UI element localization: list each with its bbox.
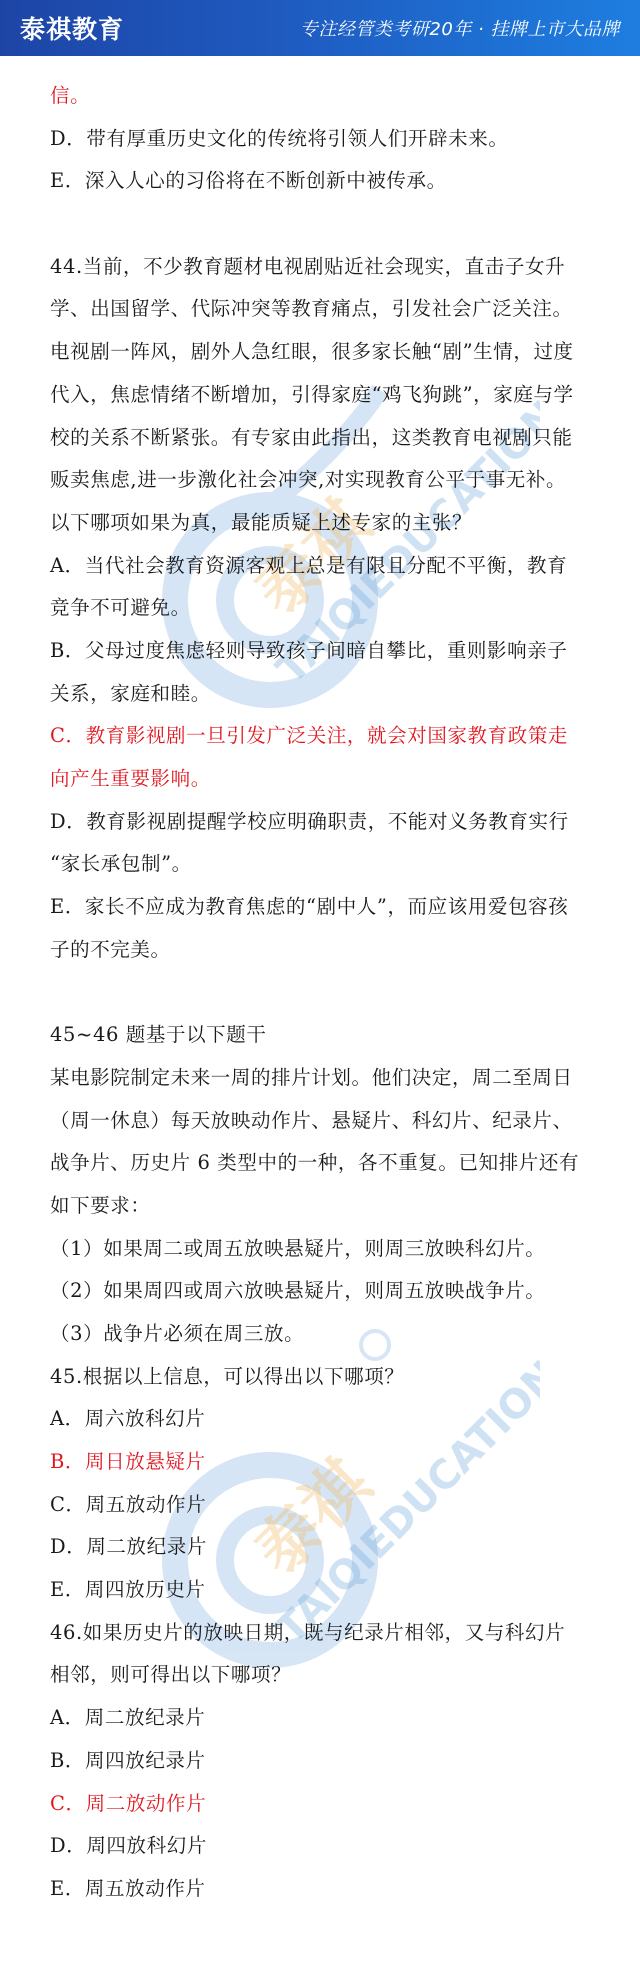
option-c: C．周五放动作片 xyxy=(50,1484,595,1527)
header-banner: 泰祺教育 专注经管类考研20年 · 挂牌上市大品牌 xyxy=(0,0,640,56)
question-45: 45.根据以上信息，可以得出以下哪项？ A．周六放科幻片 B．周日放悬疑片 C．… xyxy=(50,1356,595,1612)
answer-text-tail: 信。 xyxy=(50,75,595,118)
question-stem: 学、出国留学、代际冲突等教育痛点，引发社会广泛关注。 xyxy=(50,288,595,331)
question-stem: 代入，焦虑情绪不断增加，引得家庭“鸡飞狗跳”，家庭与学 xyxy=(50,374,595,417)
question-44: 44.当前，不少教育题材电视剧贴近社会现实，直击子女升 学、出国留学、代际冲突等… xyxy=(50,246,595,972)
option-a: A．周六放科幻片 xyxy=(50,1398,595,1441)
option-b: B．父母过度焦虑轻则导致孩子间暗自攀比，重则影响亲子 xyxy=(50,630,595,673)
condition-2: （2）如果周四或周六放映悬疑片，则周五放映战争片。 xyxy=(50,1270,595,1313)
brand-logo-text: 泰祺教育 xyxy=(20,10,124,46)
option-b-correct-answer: B．周日放悬疑片 xyxy=(50,1441,595,1484)
option-a: A．当代社会教育资源客观上总是有限且分配不平衡，教育 xyxy=(50,545,595,588)
document-content: 信。 D．带有厚重历史文化的传统将引领人们开辟未来。 E．深入人心的习俗将在不断… xyxy=(50,75,595,1911)
option-b: 关系，家庭和睦。 xyxy=(50,673,595,716)
header-slogan: 专注经管类考研20年 · 挂牌上市大品牌 xyxy=(300,15,620,41)
question-stem: 贩卖焦虑,进一步激化社会冲突,对实现教育公平于事无补。 xyxy=(50,459,595,502)
spacer xyxy=(50,203,595,246)
question-prompt: 以下哪项如果为真，最能质疑上述专家的主张？ xyxy=(50,502,595,545)
group-stem: 战争片、历史片 6 类型中的一种，各不重复。已知排片还有 xyxy=(50,1142,595,1185)
group-stem: 某电影院制定未来一周的排片计划。他们决定，周二至周日 xyxy=(50,1057,595,1100)
option-e: E．家长不应成为教育焦虑的“剧中人”，而应该用爱包容孩 xyxy=(50,886,595,929)
prev-question-tail: 信。 D．带有厚重历史文化的传统将引领人们开辟未来。 E．深入人心的习俗将在不断… xyxy=(50,75,595,203)
option-e: E．周四放历史片 xyxy=(50,1569,595,1612)
option-c-correct-answer: 向产生重要影响。 xyxy=(50,758,595,801)
group-stem: （周一休息）每天放映动作片、悬疑片、科幻片、纪录片、 xyxy=(50,1100,595,1143)
group-stem: 如下要求： xyxy=(50,1185,595,1228)
option-e: 子的不完美。 xyxy=(50,929,595,972)
question-stem: 电视剧一阵风，剧外人急红眼，很多家长触“剧”生情，过度 xyxy=(50,331,595,374)
option-d: D．周四放科幻片 xyxy=(50,1825,595,1868)
question-stem: 45.根据以上信息，可以得出以下哪项？ xyxy=(50,1356,595,1399)
condition-1: （1）如果周二或周五放映悬疑片，则周三放映科幻片。 xyxy=(50,1228,595,1271)
option-c-correct-answer: C．周二放动作片 xyxy=(50,1783,595,1826)
option-d: “家长承包制”。 xyxy=(50,843,595,886)
option-b: B．周四放纪录片 xyxy=(50,1740,595,1783)
option-d: D．周二放纪录片 xyxy=(50,1526,595,1569)
question-stem: 相邻，则可得出以下哪项？ xyxy=(50,1654,595,1697)
condition-3: （3）战争片必须在周三放。 xyxy=(50,1313,595,1356)
option-d: D．带有厚重历史文化的传统将引领人们开辟未来。 xyxy=(50,118,595,161)
spacer xyxy=(50,971,595,1014)
question-stem: 校的关系不断紧张。有专家由此指出，这类教育电视剧只能 xyxy=(50,417,595,460)
option-a: A．周二放纪录片 xyxy=(50,1697,595,1740)
option-d: D．教育影视剧提醒学校应明确职责，不能对义务教育实行 xyxy=(50,801,595,844)
question-46: 46.如果历史片的放映日期，既与纪录片相邻，又与科幻片 相邻，则可得出以下哪项？… xyxy=(50,1612,595,1911)
option-e: E．周五放动作片 xyxy=(50,1868,595,1911)
group-heading: 45~46 题基于以下题干 xyxy=(50,1014,595,1057)
question-stem: 44.当前，不少教育题材电视剧贴近社会现实，直击子女升 xyxy=(50,246,595,289)
option-c-correct-answer: C．教育影视剧一旦引发广泛关注，就会对国家教育政策走 xyxy=(50,715,595,758)
option-a: 竞争不可避免。 xyxy=(50,587,595,630)
option-e: E．深入人心的习俗将在不断创新中被传承。 xyxy=(50,160,595,203)
question-group-45-46: 45~46 题基于以下题干 某电影院制定未来一周的排片计划。他们决定，周二至周日… xyxy=(50,1014,595,1356)
question-stem: 46.如果历史片的放映日期，既与纪录片相邻，又与科幻片 xyxy=(50,1612,595,1655)
